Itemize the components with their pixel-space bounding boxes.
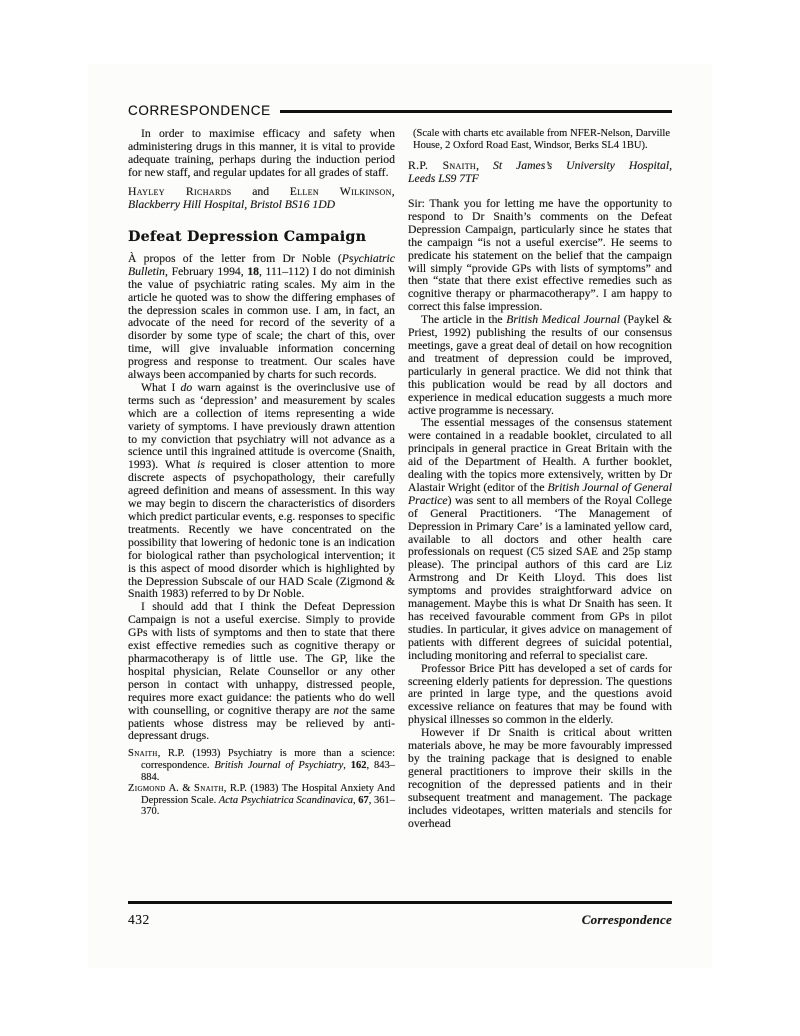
signature-block: Hayley Richards and Ellen Wilkinson,Blac… [128, 186, 395, 212]
signature-line: Leeds LS9 7TF [408, 173, 672, 186]
page-header: CORRESPONDENCE [128, 103, 672, 118]
paragraph: I should add that I think the Defeat Dep… [128, 601, 395, 743]
page-number: 432 [128, 912, 150, 928]
paragraph: The article in the British Medical Journ… [408, 314, 672, 417]
reference-entry: Snaith, R.P. (1993) Psychiatry is more t… [128, 748, 395, 783]
footer-section-label: Correspondence [582, 912, 672, 928]
section-heading: Defeat Depression Campaign [128, 229, 395, 245]
text-columns: In order to maximise efficacy and safety… [128, 128, 672, 900]
reference-entry: Zigmond A. & Snaith, R.P. (1983) The Hos… [128, 783, 395, 818]
column-left: In order to maximise efficacy and safety… [128, 128, 395, 900]
paragraph: What I do warn against is the overinclus… [128, 382, 395, 601]
paragraph: Sir: Thank you for letting me have the o… [408, 198, 672, 314]
paragraph: À propos of the letter from Dr Noble (Ps… [128, 253, 395, 382]
paragraph: In order to maximise efficacy and safety… [128, 128, 395, 180]
availability-note: (Scale with charts etc available from NF… [413, 128, 670, 151]
header-rule [280, 110, 672, 113]
footer-rule [128, 901, 672, 904]
footer-row: 432 Correspondence [128, 912, 672, 928]
journal-page: CORRESPONDENCE In order to maximise effi… [88, 64, 712, 968]
paragraph: The essential messages of the consensus … [408, 417, 672, 662]
section-header-title: CORRESPONDENCE [128, 103, 271, 118]
signature-block: R.P. Snaith, St James’s University Hospi… [408, 160, 672, 186]
page-footer: 432 Correspondence [128, 901, 672, 928]
paragraph: However if Dr Snaith is critical about w… [408, 727, 672, 830]
paragraph: Professor Brice Pitt has developed a set… [408, 663, 672, 728]
signature-line: Blackberry Hill Hospital, Bristol BS16 1… [128, 199, 395, 212]
column-right: (Scale with charts etc available from NF… [408, 128, 672, 900]
